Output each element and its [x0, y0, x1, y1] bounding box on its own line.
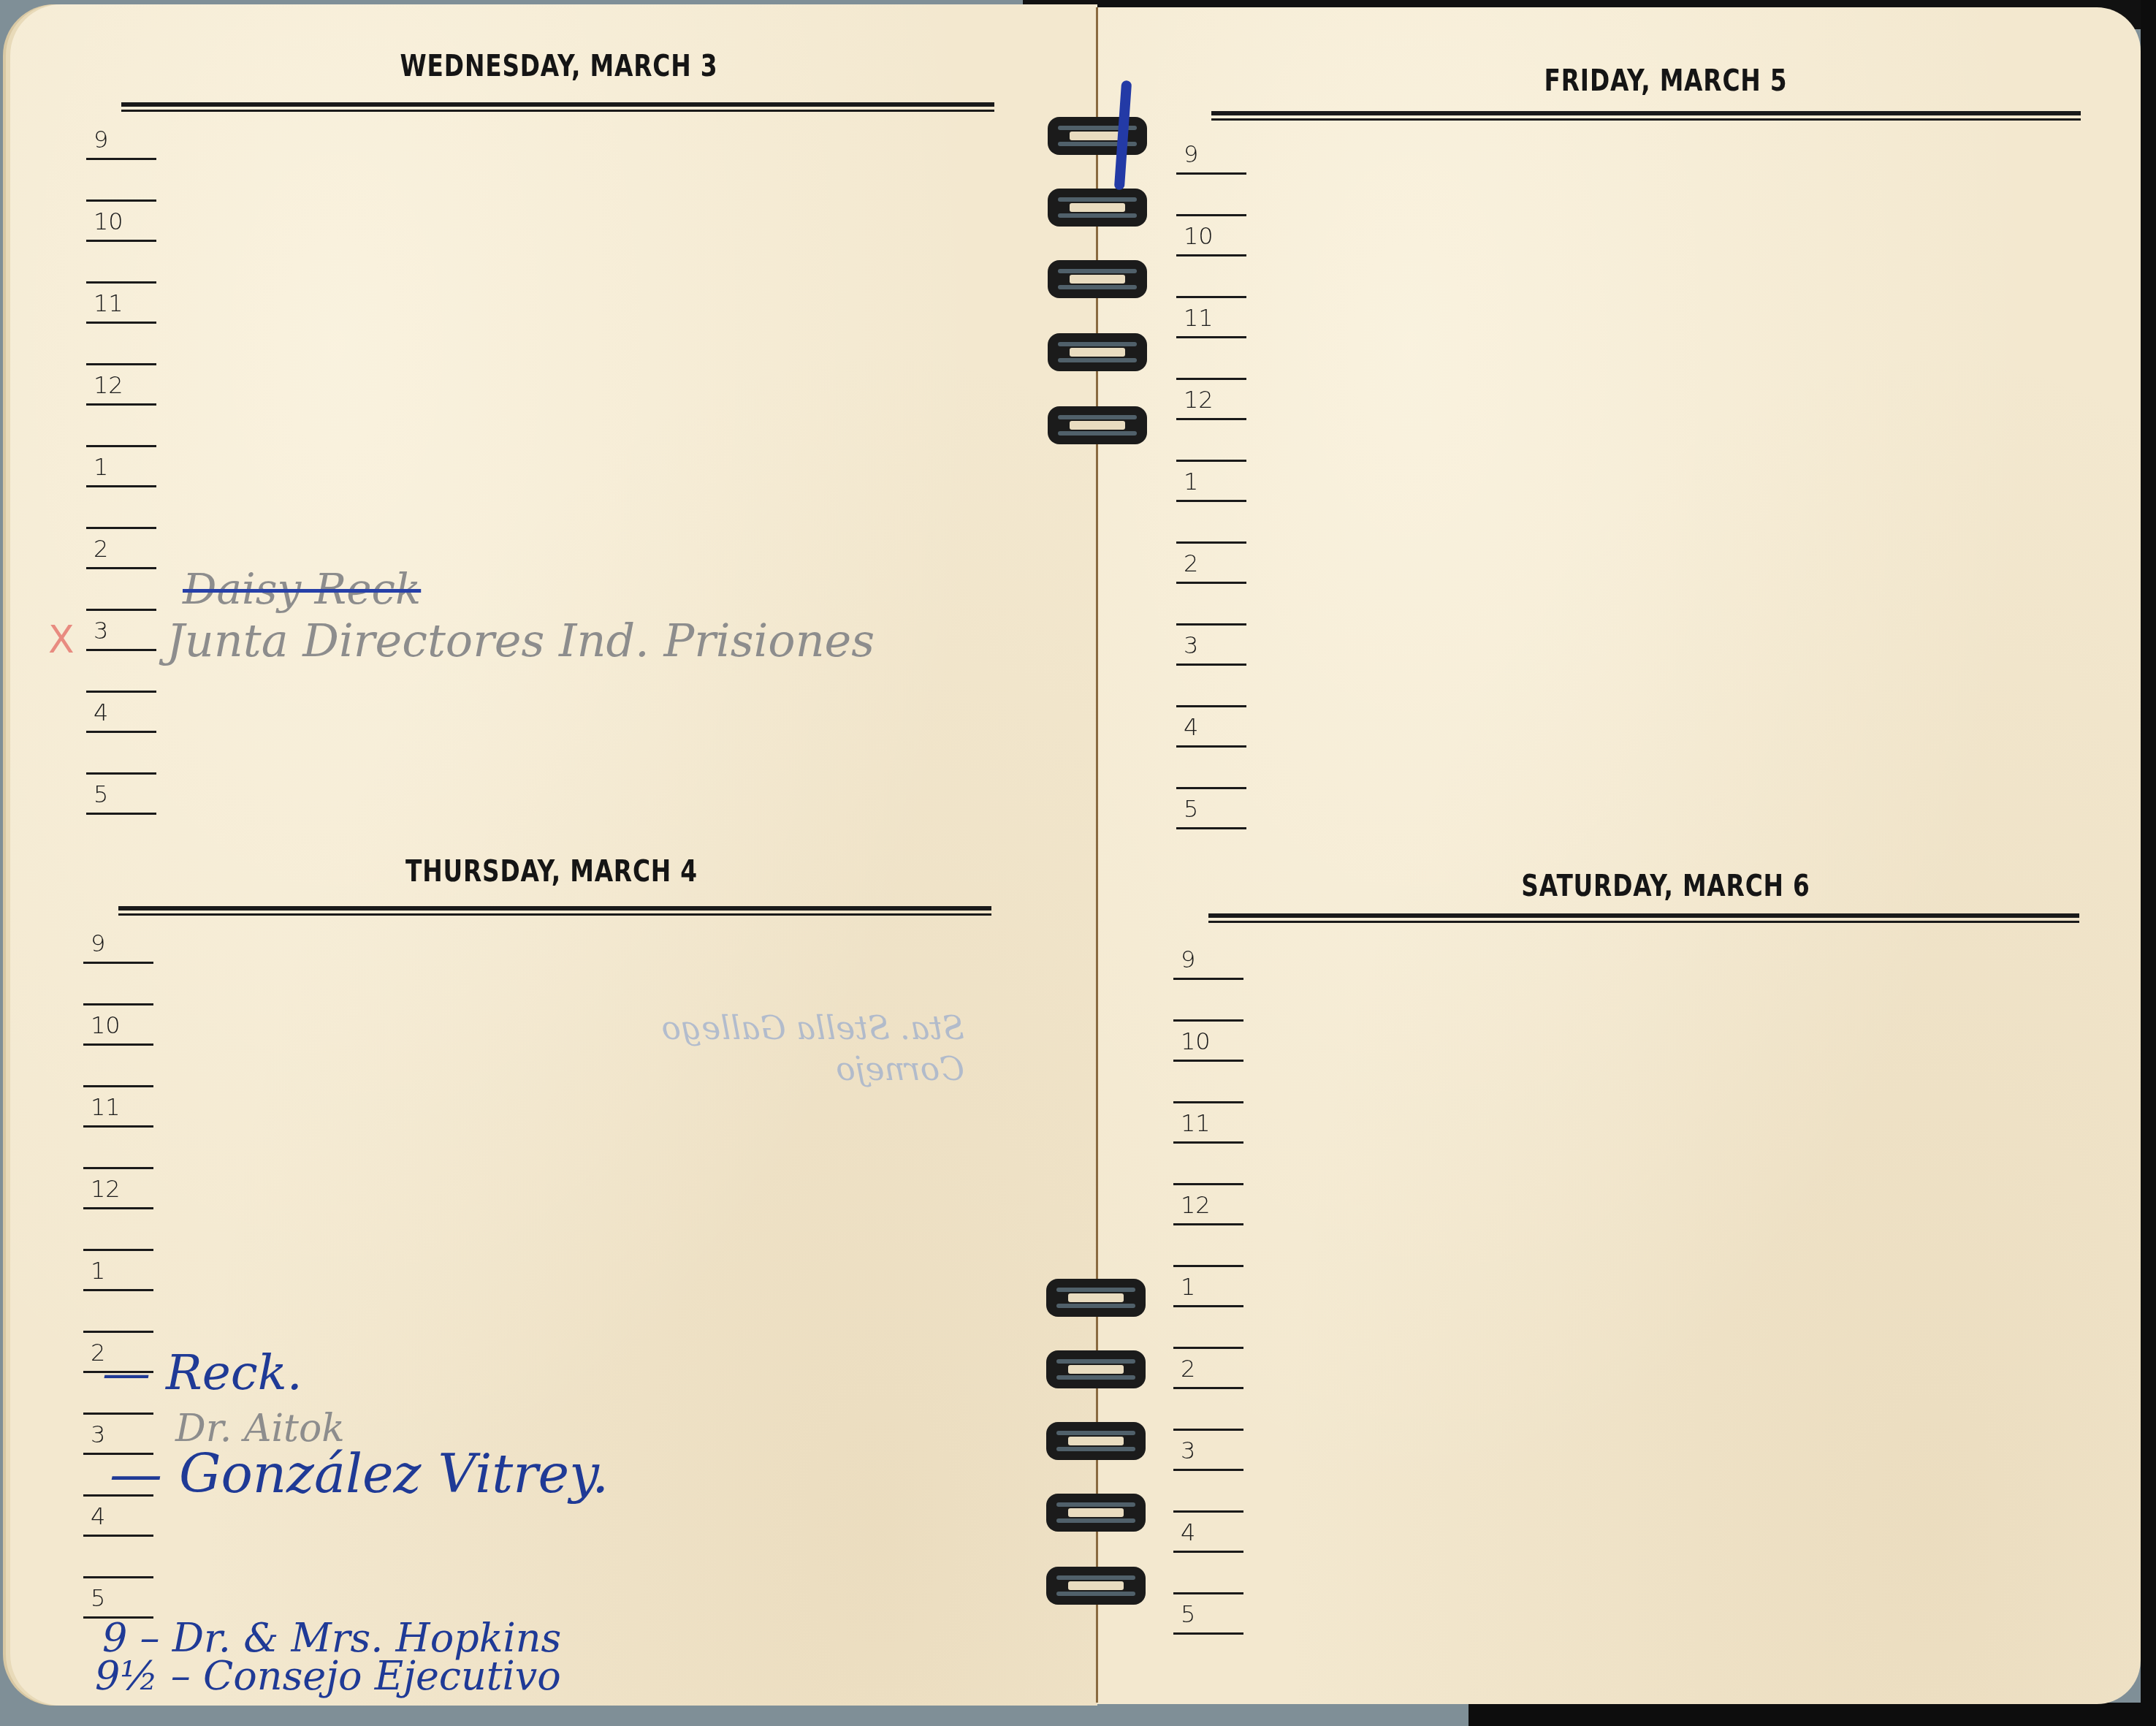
day-header-wednesday: WEDNESDAY, MARCH 3 [352, 50, 766, 83]
day-header-thursday: THURSDAY, MARCH 4 [357, 855, 747, 889]
spiral-ring-icon [1048, 406, 1147, 444]
entry-junta-directores: Junta Directores Ind. Prisiones [167, 614, 875, 667]
bleed-through-text: Sta. Stella Gallego Cornejo [658, 1008, 964, 1090]
spiral-ring-icon [1046, 1494, 1146, 1532]
spiral-ring-icon [1046, 1422, 1146, 1460]
spiral-ring-icon [1048, 189, 1147, 227]
spiral-ring-icon [1046, 1350, 1146, 1388]
spiral-ring-icon [1048, 117, 1147, 155]
spiral-ring-icon [1046, 1279, 1146, 1317]
spiral-ring-icon [1046, 1567, 1146, 1605]
header-rule-wednesday [121, 102, 994, 113]
entry-reck: — Reck. [102, 1345, 302, 1401]
header-rule-saturday [1208, 913, 2079, 924]
right-page [1097, 7, 2141, 1704]
red-x-mark: X [48, 618, 75, 662]
entry-consejo-ejecutivo: 9½ – Consejo Ejecutivo [95, 1653, 561, 1699]
spiral-ring-icon [1048, 260, 1147, 298]
spiral-ring-icon [1048, 333, 1147, 371]
day-header-saturday: SATURDAY, MARCH 6 [1492, 870, 1840, 903]
background-dark-edge-bottom [1469, 1703, 2156, 1726]
day-header-friday: FRIDAY, MARCH 5 [1516, 64, 1816, 98]
entry-daisy-reck-struck: Daisy Reck [183, 564, 421, 614]
header-rule-thursday [118, 906, 991, 917]
header-rule-friday [1211, 111, 2081, 122]
entry-gonzalez-vitrey: — González Vitrey. [110, 1443, 609, 1505]
background-dark-edge-right [2141, 0, 2156, 1726]
